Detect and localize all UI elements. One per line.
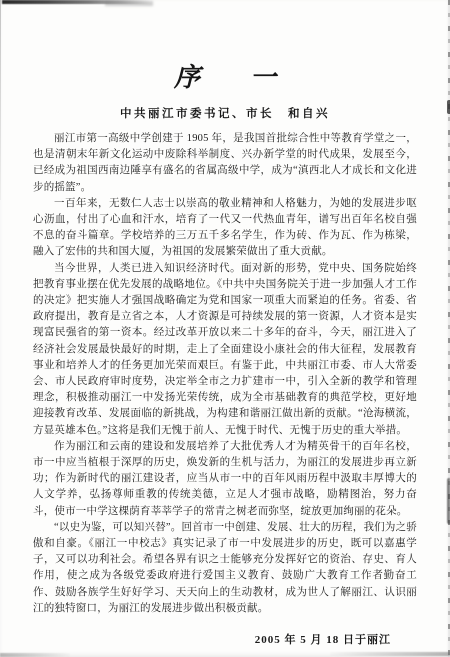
date-line: 2005 年 5 月 18 日于丽江 [33, 631, 417, 647]
preface-title: 序 一 [33, 57, 417, 94]
scan-artifact-bottom-left [0, 653, 70, 657]
body-paragraph-4: 作为丽江和云南的建设和发展培养了大批优秀人才为精英骨干的百年名校，市一中应当植根… [33, 439, 417, 520]
page-content: 序 一 中共丽江市委书记、市长 和自兴 丽江市第一高级中学创建于 1905 年，… [33, 0, 417, 647]
body-paragraph-5: “以史为鉴，可以知兴替”。回首市一中创建、发展、壮大的历程，我们为之骄傲和自豪。… [33, 520, 417, 617]
author-byline: 中共丽江市委书记、市长 和自兴 [33, 105, 417, 121]
scan-artifact-left-edge [0, 0, 1, 200]
body-paragraph-1: 丽江市第一高级中学创建于 1905 年，是我国首批综合性中等教育学堂之一，也是清… [33, 131, 417, 196]
body-paragraph-3: 当今世界，人类已进入知识经济时代。面对新的形势，党中央、国务院始终把教育事业摆在… [33, 261, 417, 439]
document-page: 序 一 中共丽江市委书记、市长 和自兴 丽江市第一高级中学创建于 1905 年，… [0, 0, 450, 657]
scan-artifact-bottom-right [330, 652, 450, 656]
preface-body: 丽江市第一高级中学创建于 1905 年，是我国首批综合性中等教育学堂之一，也是清… [33, 131, 417, 617]
body-paragraph-2: 一百年来，无数仁人志士以崇高的敬业精神和人格魅力，为她的发展进步呕心沥血，付出了… [33, 196, 417, 261]
